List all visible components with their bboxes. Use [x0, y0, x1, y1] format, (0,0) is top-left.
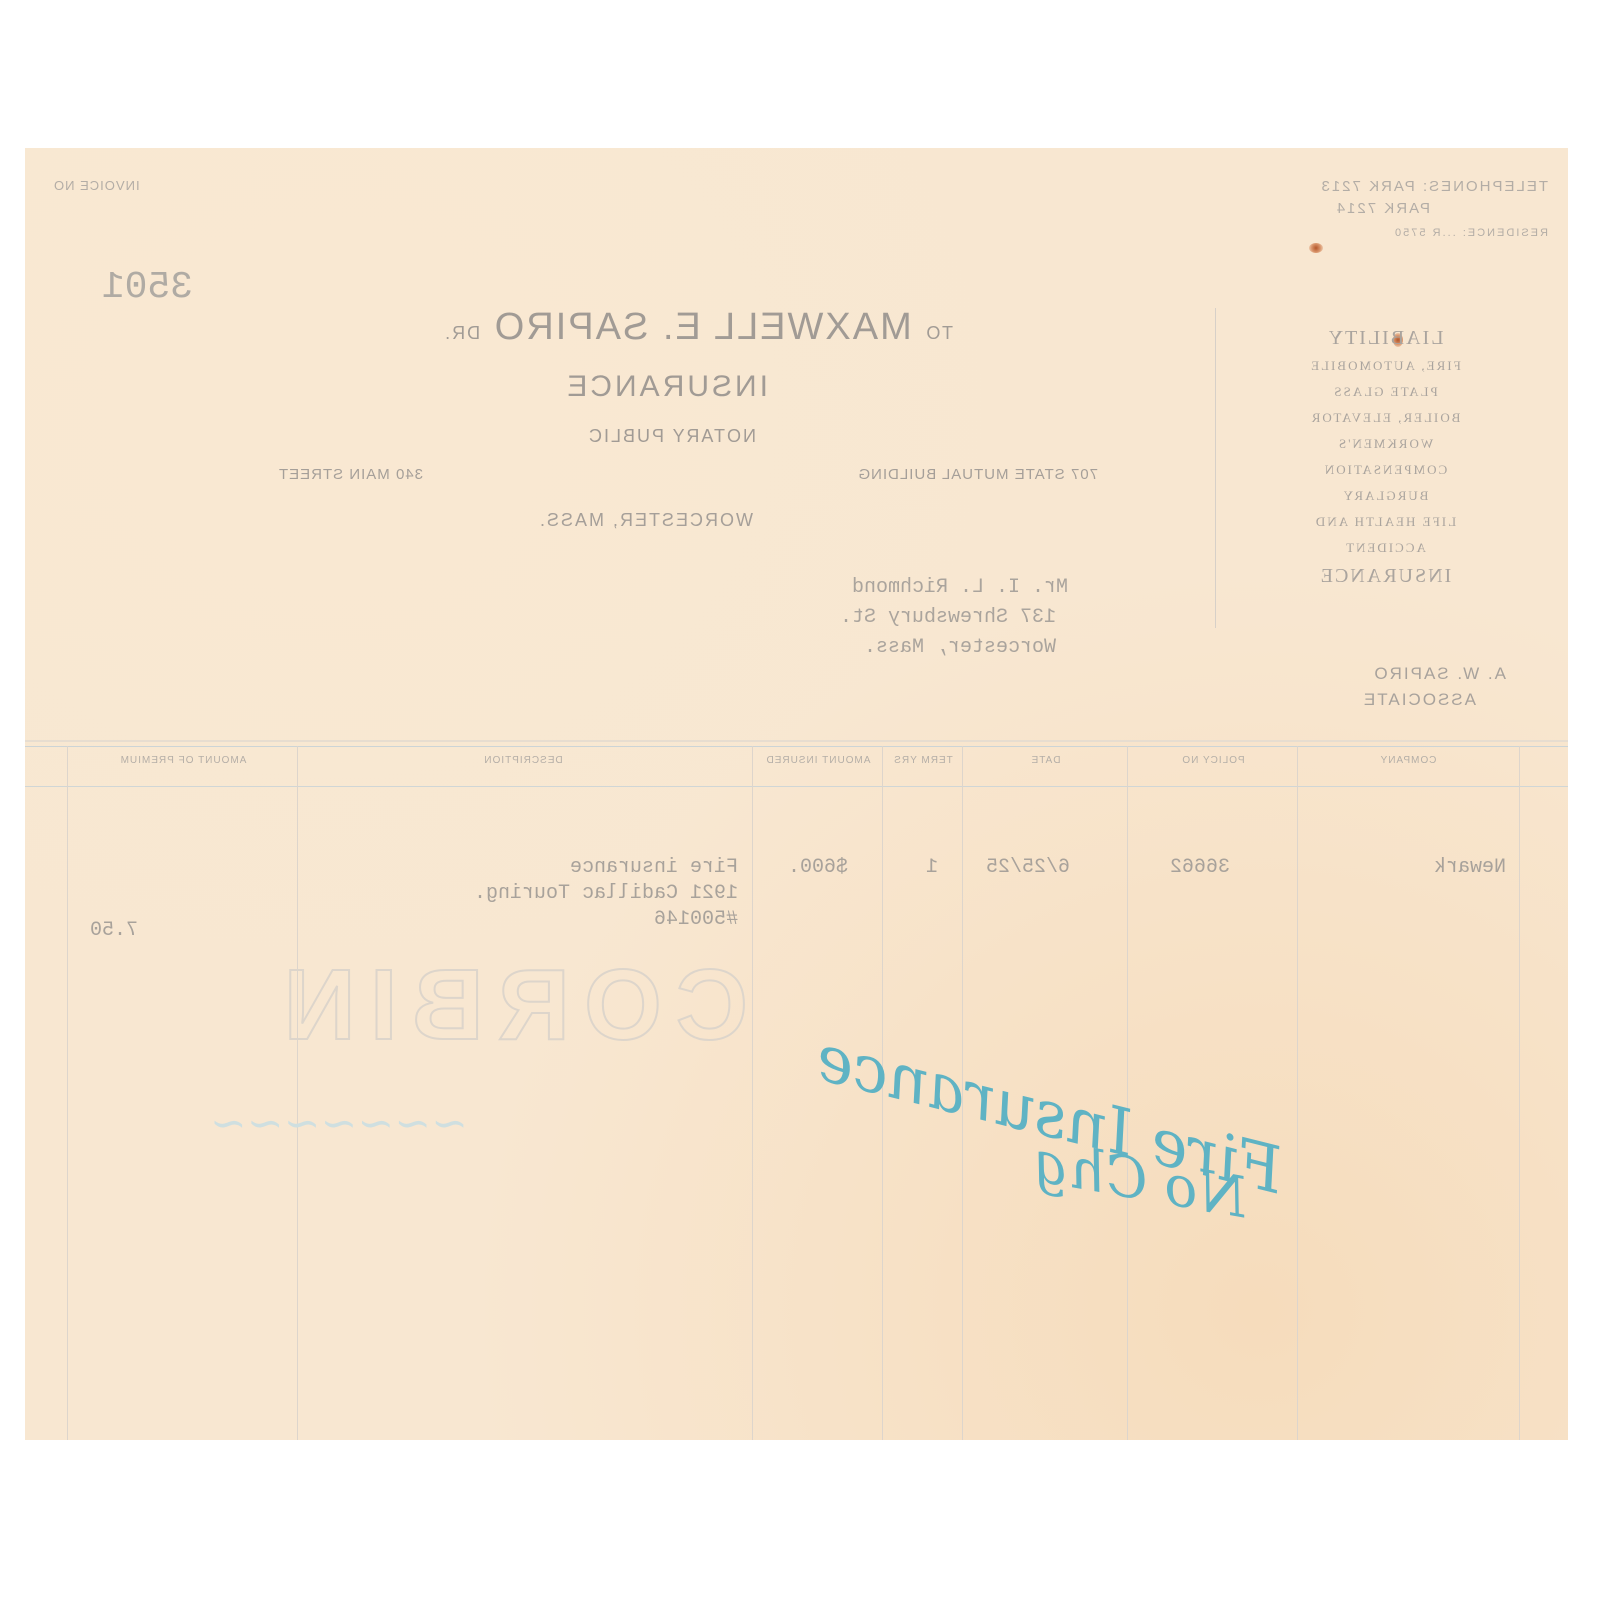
residence-line: RESIDENCE: ...R 5750: [1320, 222, 1548, 244]
column-divider: [1519, 746, 1520, 1440]
cell-amount-insured: $600.: [788, 855, 848, 881]
cell-term: 1: [926, 855, 938, 881]
dr-suffix: DR.: [443, 323, 480, 343]
header-description: DESCRIPTION: [308, 754, 738, 767]
lines-of-insurance: LIABILITY FIRE, AUTOMOBILE PLATE GLASS B…: [1220, 323, 1550, 591]
column-divider: [752, 746, 753, 1440]
address-street: 340 MAIN STREET: [278, 466, 423, 483]
description-line: 1921 Cadillac Touring.: [474, 881, 738, 907]
cell-description: Fire insurance 1921 Cadillac Touring. #5…: [474, 855, 738, 933]
header-term: TERM YRS: [890, 754, 956, 767]
line-item: ACCIDENT: [1220, 535, 1550, 561]
line-item: LIFE HEALTH AND: [1220, 509, 1550, 535]
line-item: INSURANCE: [1220, 561, 1550, 591]
line-item: BURGLARY: [1220, 483, 1550, 509]
cell-date: 6/25/25: [986, 855, 1070, 881]
address-building: 707 STATE MUTUAL BUILDING: [857, 466, 1098, 483]
header-amount-insured: AMOUNT INSURED: [763, 754, 873, 767]
bleed-through-signature: ~~~~~~~: [210, 1098, 468, 1149]
cell-company: Newark: [1434, 855, 1506, 881]
paper-watermark: CORBIN: [270, 948, 748, 1063]
line-item: FIRE, AUTOMOBILE: [1220, 353, 1550, 379]
column-divider: [1127, 746, 1128, 1440]
line-item: COMPENSATION: [1220, 457, 1550, 483]
description-line: Fire insurance: [474, 855, 738, 881]
to-prefix: TO: [924, 323, 953, 343]
recipient-address: Mr. I. L. Richmond 137 Shrewsbury St. Wo…: [840, 573, 1068, 663]
column-divider: [297, 746, 298, 1440]
table-rule: [25, 746, 1568, 747]
telephone-line: PARK 7214: [1320, 198, 1548, 220]
cell-policy-no: 36662: [1170, 855, 1230, 881]
header-policy-no: POLICY NO: [1138, 754, 1288, 767]
invoice-label: INVOICE NO: [53, 178, 140, 193]
column-divider: [67, 746, 68, 1440]
invoice-paper: TELEPHONES: PARK 7213 PARK 7214 RESIDENC…: [25, 148, 1568, 1440]
line-item: WORKMEN'S: [1220, 431, 1550, 457]
invoice-number: 3501: [102, 266, 193, 309]
telephone-line: TELEPHONES: PARK 7213: [1320, 176, 1548, 198]
payee-name: TO MAXWELL E. SAPIRO DR.: [443, 306, 953, 349]
fold-line: [25, 740, 1568, 742]
recipient-line: Worcester, Mass.: [840, 633, 1068, 663]
name: MAXWELL E. SAPIRO: [493, 306, 912, 348]
header-premium: AMOUNT OF PREMIUM: [78, 754, 288, 767]
notary-line: NOTARY PUBLIC: [587, 426, 756, 447]
associate-name: A. W. SAPIRO: [1362, 661, 1506, 687]
associate-title: ASSOCIATE: [1362, 687, 1506, 713]
line-item: BOILER, ELEVATOR: [1220, 405, 1550, 431]
recipient-line: 137 Shrewsbury St.: [840, 603, 1068, 633]
table-rule: [25, 786, 1568, 787]
telephone-block: TELEPHONES: PARK 7213 PARK 7214 RESIDENC…: [1320, 176, 1548, 244]
stain: [1309, 243, 1323, 253]
city-line: WORCESTER, MASS.: [538, 510, 753, 531]
cell-premium: 7.50: [90, 918, 138, 944]
description-line: #500146: [474, 907, 738, 933]
line-item: PLATE GLASS: [1220, 379, 1550, 405]
recipient-line: Mr. I. L. Richmond: [840, 573, 1068, 603]
business-title: INSURANCE: [564, 370, 768, 404]
header-date: DATE: [973, 754, 1118, 767]
column-divider: [1297, 746, 1298, 1440]
header-company: COMPANY: [1308, 754, 1508, 767]
associate-block: A. W. SAPIRO ASSOCIATE: [1362, 661, 1506, 713]
line-item: LIABILITY: [1220, 323, 1550, 353]
